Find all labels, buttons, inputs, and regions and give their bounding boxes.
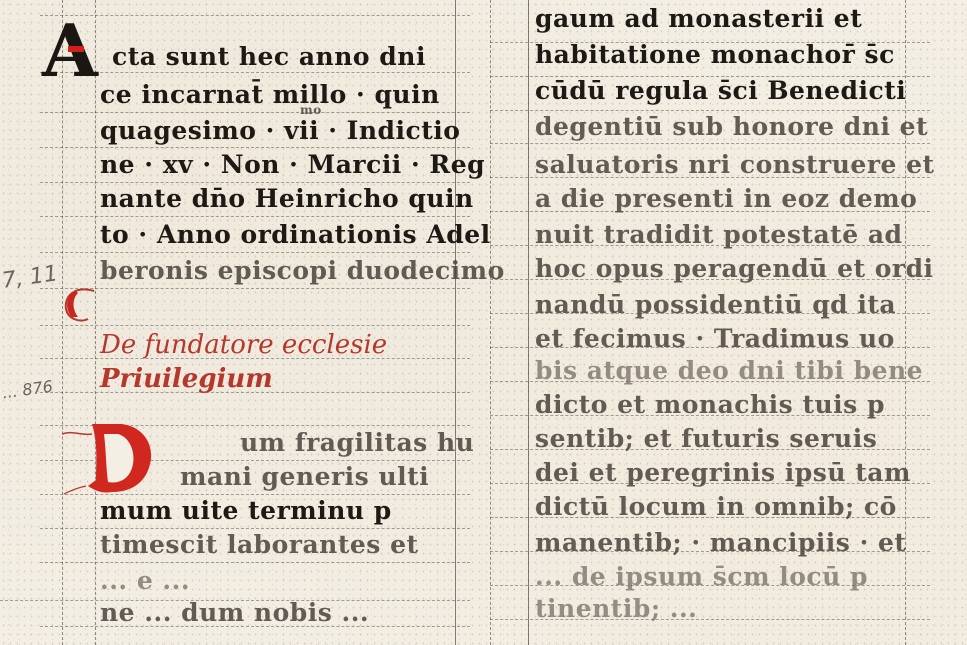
ruling-horizontal bbox=[40, 288, 470, 289]
text-line: dictū locum in omnib; cō bbox=[535, 492, 897, 522]
rubric-heading: Priuilegium bbox=[100, 364, 273, 394]
ruling-horizontal bbox=[40, 528, 470, 529]
text-line: nandū possidentiū qd ita bbox=[535, 290, 896, 320]
ruling-vertical bbox=[455, 0, 456, 645]
text-line: saluatoris nri construere et bbox=[535, 150, 935, 180]
ruling-horizontal bbox=[40, 562, 470, 563]
decorated-initial-a: A bbox=[42, 16, 110, 86]
ruling-horizontal bbox=[40, 325, 470, 326]
text-line: to · Anno ordinationis Adel bbox=[100, 220, 491, 250]
text-line: nuit tradidit potestatē ad bbox=[535, 220, 903, 250]
text-line: a die presenti in eoz demo bbox=[535, 184, 917, 214]
text-line: et fecimus · Tradimus uo bbox=[535, 324, 895, 354]
decorated-initial-d bbox=[62, 420, 157, 500]
text-line: ... e ... bbox=[100, 566, 190, 596]
text-line: cūdū regula s̄ci Benedicti bbox=[535, 76, 906, 106]
text-line: ce incarnat̄ millo · quin bbox=[100, 80, 440, 110]
decorated-initial-c bbox=[62, 285, 102, 325]
text-line: um fragilitas hu bbox=[240, 428, 474, 458]
red-accent bbox=[68, 46, 84, 52]
ruling-horizontal bbox=[40, 216, 470, 217]
text-line: mum uite terminu p bbox=[100, 496, 392, 526]
ruling-horizontal bbox=[40, 182, 470, 183]
ruling-horizontal bbox=[490, 143, 930, 144]
text-line: dicto et monachis tuis p bbox=[535, 390, 885, 420]
text-line: ne ... dum nobis ... bbox=[100, 598, 369, 628]
text-line: mani generis ulti bbox=[180, 462, 429, 492]
ruling-horizontal bbox=[40, 112, 470, 113]
text-line: sentib; et futuris seruis bbox=[535, 424, 877, 454]
text-line: cta sunt hec anno dni bbox=[112, 42, 426, 72]
ruling-vertical bbox=[528, 0, 529, 645]
text-line: manentib; · mancipiis · et bbox=[535, 528, 906, 558]
ruling-vertical bbox=[490, 0, 491, 645]
text-line: ne · xv · Non · Marcii · Reg bbox=[100, 150, 485, 180]
text-line: beronis episcopi duodecimo bbox=[100, 256, 505, 286]
text-line: dei et peregrinis ipsū tam bbox=[535, 458, 911, 488]
text-line: nante dn̄o Heinricho quin bbox=[100, 184, 474, 214]
text-line: timescit laborantes et bbox=[100, 530, 419, 560]
superscript-note: mo bbox=[300, 104, 322, 116]
ruling-horizontal bbox=[40, 252, 470, 253]
rubric-heading: De fundatore ecclesie bbox=[100, 330, 387, 360]
text-line: quagesimo · vii · Indictio bbox=[100, 116, 460, 146]
ruling-horizontal bbox=[490, 110, 930, 111]
ruling-horizontal bbox=[40, 147, 470, 148]
text-line: gaum ad monasterii et bbox=[535, 4, 862, 34]
text-line: tinentib; ... bbox=[535, 594, 697, 624]
text-line: habitatione monachor̄ s̄c bbox=[535, 40, 895, 70]
text-line: bis atque deo dni tibi bene bbox=[535, 356, 923, 386]
text-line: degentiū sub honore dni et bbox=[535, 112, 928, 142]
text-line: ... de ipsum s̄cm locū p bbox=[535, 562, 868, 592]
text-line: hoc opus peragendū et ordi bbox=[535, 254, 934, 284]
